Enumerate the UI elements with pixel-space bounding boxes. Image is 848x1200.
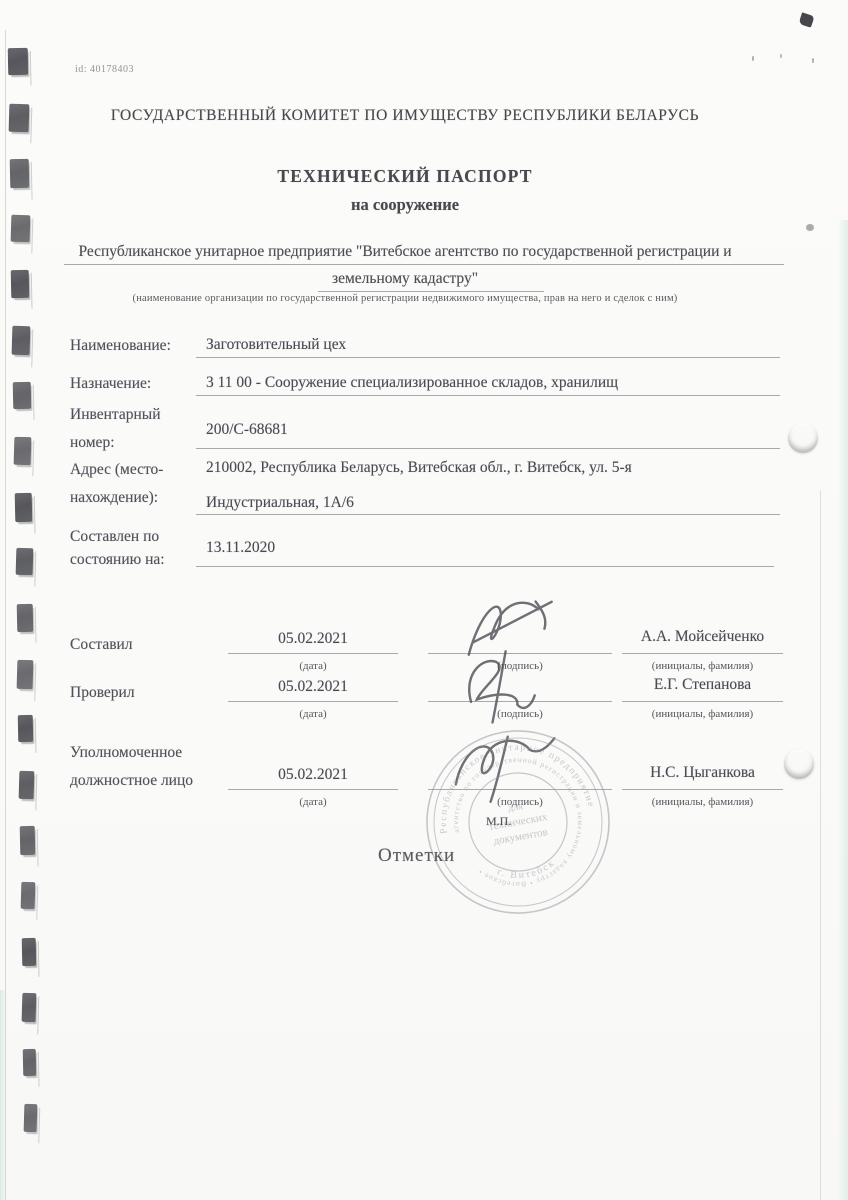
signature-name-line-1 [622, 653, 783, 654]
signature-role-3-line2: должностное лицо [70, 772, 193, 790]
scan-speck [752, 56, 754, 61]
document-page: id: 40178403 ГОСУДАРСТВЕННЫЙ КОМИТЕТ ПО … [0, 0, 848, 1200]
binder-mark [15, 548, 32, 575]
binder-mark [16, 604, 33, 632]
org-caption: (наименование организации по государстве… [0, 293, 810, 304]
signature-date-label-2: (дата) [228, 708, 398, 720]
page-edge-tint-right [838, 220, 848, 1200]
binder-mark [23, 1049, 37, 1076]
field-inventory-value: 200/С-68681 [206, 421, 288, 439]
signature-name-2: Е.Г. Степанова [622, 676, 783, 694]
org-name-line2: земельному кадастру" [0, 270, 810, 288]
field-address-value-2: Индустриальная, 1А/6 [206, 494, 354, 512]
field-inventory-label-2: номер: [70, 434, 115, 452]
binder-mark [20, 826, 35, 855]
signature-date-label-3: (дата) [228, 796, 398, 808]
round-seal-icon: Республиканское унитарное предприятие аг… [422, 726, 614, 918]
field-purpose-label: Назначение: [70, 375, 151, 393]
signature-date-line-3 [228, 789, 398, 790]
field-asof-label-1: Составлен по [70, 528, 159, 546]
punch-hole-bottom [784, 749, 814, 779]
binder-mark [14, 493, 32, 522]
field-address-label-1: Адрес (место- [70, 461, 163, 479]
org-underline-1 [64, 264, 784, 265]
field-inventory-label-1: Инвентарный [70, 406, 161, 424]
field-address-value-1: 210002, Республика Беларусь, Витебская о… [206, 459, 632, 477]
signature-name-label-2: (инициалы, фамилия) [622, 708, 783, 720]
scan-speck [780, 54, 782, 58]
binder-mark [18, 715, 34, 742]
stamp-mp-label: М.П. [486, 814, 511, 829]
binder-mark [10, 215, 30, 243]
corner-ink-mark [798, 12, 814, 27]
paper-crease-line [820, 490, 821, 1200]
binder-mark [13, 381, 31, 408]
page-edge-tint-bottom-left [0, 990, 6, 1200]
signature-date-line-1 [228, 653, 398, 654]
signature-name-label-3: (инициалы, фамилия) [622, 796, 783, 808]
punch-hole-top [788, 423, 818, 453]
field-inventory-underline [196, 448, 780, 449]
signature-date-label-1: (дата) [228, 660, 398, 672]
field-purpose-value: 3 11 00 - Сооружение специализированное … [206, 374, 618, 392]
signature-name-1: А.А. Мойсейченко [622, 628, 783, 646]
signature-date-3: 05.02.2021 [228, 766, 398, 784]
stamp-center-line1: для [507, 801, 524, 814]
scan-speck [812, 58, 814, 63]
doc-subtitle: на сооружение [0, 195, 810, 215]
scan-smudge [806, 224, 814, 231]
field-purpose-underline [196, 395, 780, 396]
signature-name-3: Н.С. Цыганкова [622, 764, 783, 782]
signature-role-2: Проверил [70, 684, 135, 702]
notes-title: Отметки [378, 845, 455, 867]
binder-mark [12, 326, 31, 355]
signature-role-1: Составил [70, 636, 133, 654]
binder-mark [19, 771, 35, 799]
signature-name-line-3 [622, 789, 783, 790]
signature-name-label-1: (инициалы, фамилия) [622, 660, 783, 672]
binder-mark [17, 659, 34, 688]
signature-name-line-2 [622, 701, 783, 702]
signature-role-3-line1: Уполномоченное [70, 744, 182, 762]
field-name-value: Заготовительный цех [206, 336, 346, 354]
signature-date-1: 05.02.2021 [228, 630, 398, 648]
org-underline-2 [318, 291, 544, 292]
doc-title: ТЕХНИЧЕСКИЙ ПАСПОРТ [0, 166, 810, 187]
binder-mark [22, 993, 36, 1022]
org-name-line1: Республиканское унитарное предприятие "В… [0, 243, 810, 261]
binder-mark [24, 1104, 38, 1132]
field-name-underline [196, 357, 780, 358]
signature-date-2: 05.02.2021 [228, 678, 398, 696]
field-asof-value: 13.11.2020 [206, 539, 275, 557]
binder-mark [20, 882, 35, 909]
handwritten-signature-icon [446, 646, 606, 724]
document-id: id: 40178403 [75, 64, 134, 75]
field-address-label-2: нахождение): [70, 489, 158, 507]
field-asof-underline [196, 566, 774, 567]
committee-header: ГОСУДАРСТВЕННЫЙ КОМИТЕТ ПО ИМУЩЕСТВУ РЕС… [0, 107, 810, 125]
signature-date-line-2 [228, 701, 398, 702]
field-address-underline [196, 514, 780, 515]
binder-mark [21, 937, 35, 965]
binder-mark [14, 437, 32, 465]
field-asof-label-2: состоянию на: [70, 551, 165, 569]
field-name-label: Наименование: [70, 337, 171, 355]
binder-mark [8, 48, 29, 75]
